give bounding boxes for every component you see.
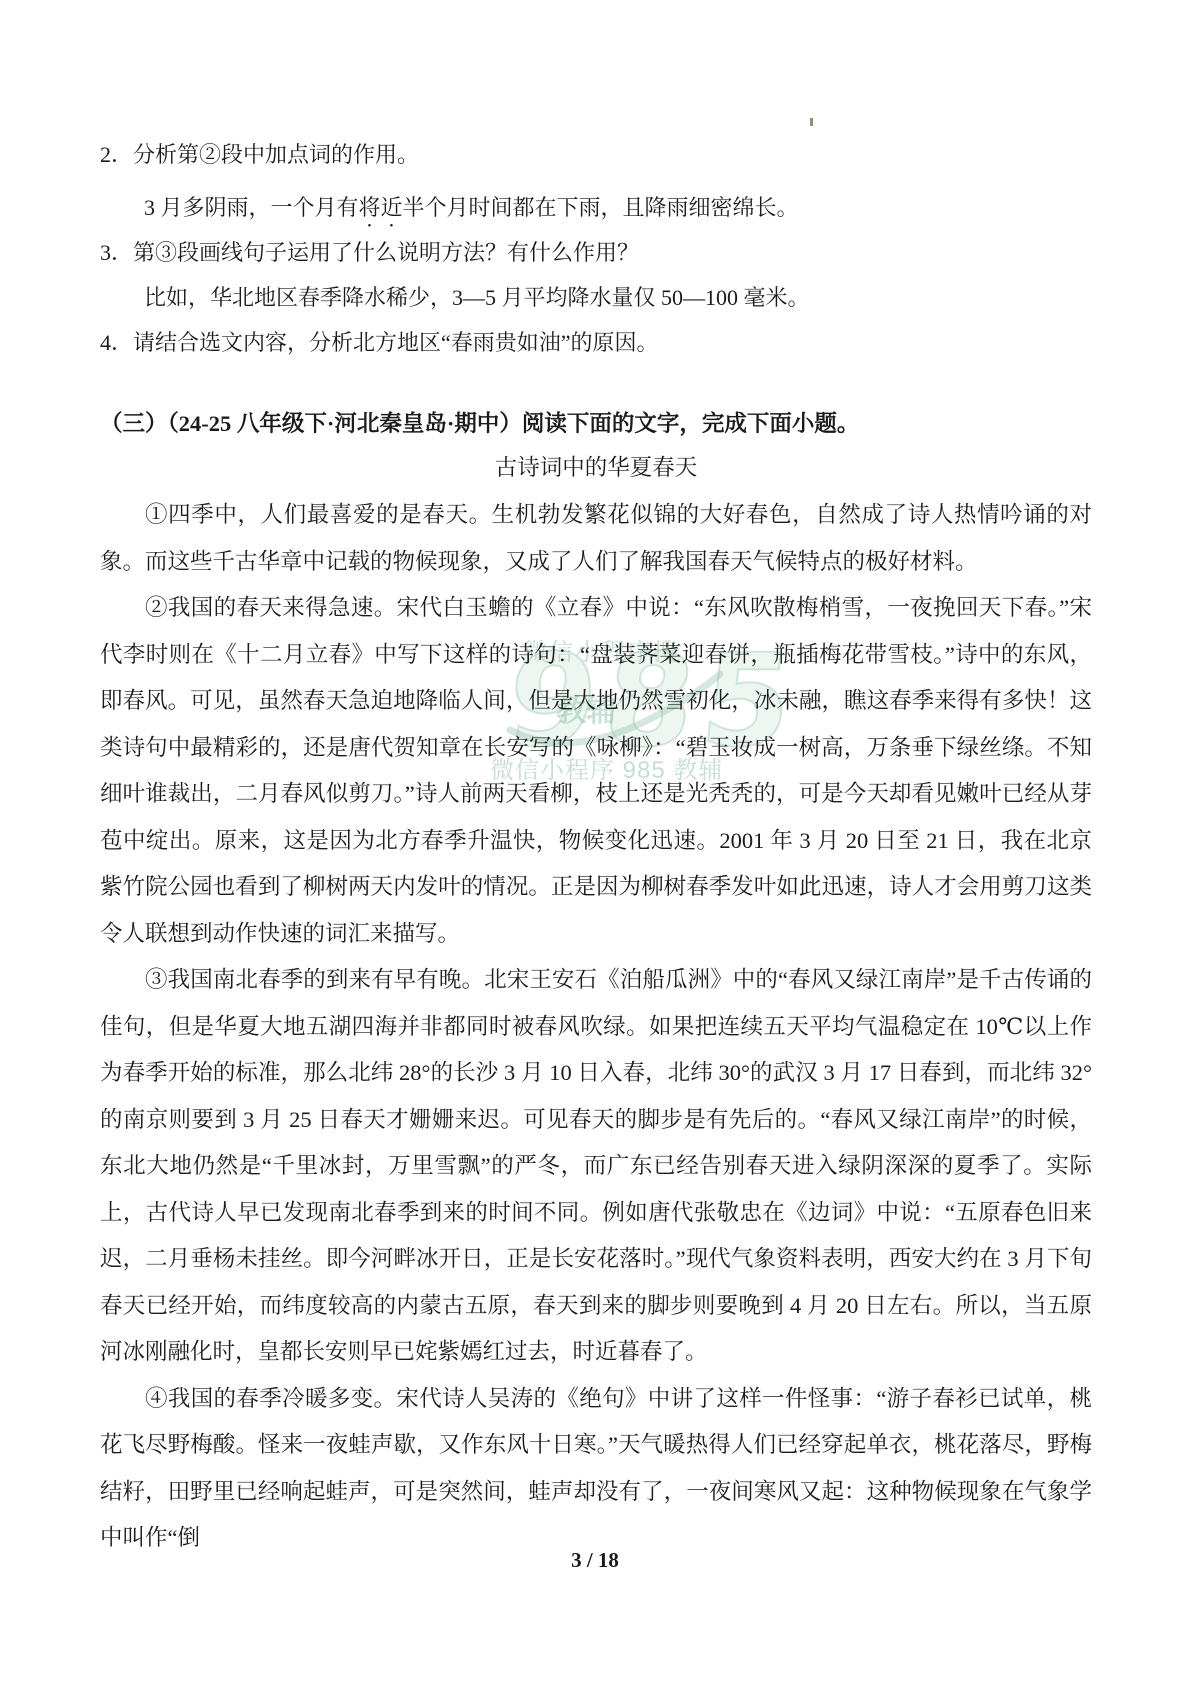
page-content: 2．分析第②段中加点词的作用。 3 月多阴雨，一个月有将近半个月时间都在下雨，且… [100,0,1092,1683]
question-2: 2．分析第②段中加点词的作用。 [100,140,419,170]
page-number: 3 / 18 [0,1548,1190,1573]
quote-emphasized-word: 将近 [359,195,403,220]
question-3-quote: 比如，华北地区春季降水稀少，3—5 月平均降水量仅 50—100 毫米。 [100,283,810,313]
passage-paragraph-4: ④我国的春季冷暖多变。宋代诗人吴涛的《绝句》中讲了这样一件怪事：“游子春衫已试单… [100,1376,1092,1562]
quote-after: 半个月时间都在下雨，且降雨细密绵长。 [403,195,799,220]
passage-paragraph-2: ②我国的春天来得急速。宋代白玉蟾的《立春》中说：“东风吹散梅梢雪，一夜挽回天下春… [100,585,1092,957]
question-2-quote: 3 月多阴雨，一个月有将近半个月时间都在下雨，且降雨细密绵长。 [100,193,799,232]
passage-paragraph-3: ③我国南北春季的到来有早有晚。北宋王安石《泊船瓜洲》中的“春风又绿江南岸”是千古… [100,957,1092,1376]
question-3-number: 3． [100,240,133,265]
question-4-number: 4． [100,330,133,355]
exam-paper-page: 微信小程序搜 985 教辅 微信小程序 985 教辅 2．分析第②段中加点词的作… [0,0,1190,1683]
question-2-text: 分析第②段中加点词的作用。 [133,142,419,167]
question-2-number: 2． [100,142,133,167]
passage-title: 古诗词中的华夏春天 [100,452,1092,484]
passage-paragraph-1: ①四季中，人们最喜爱的是春天。生机勃发繁花似锦的大好春色，自然成了诗人热情吟诵的… [100,492,1092,585]
question-3-text: 第③段画线句子运用了什么说明方法？有什么作用？ [133,240,639,265]
quote-before: 3 月多阴雨，一个月有 [144,195,359,220]
passage-body: ①四季中，人们最喜爱的是春天。生机勃发繁花似锦的大好春色，自然成了诗人热情吟诵的… [100,492,1092,1562]
section-header: （三）（24-25 八年级下·河北秦皇岛·期中）阅读下面的文字，完成下面小题。 [100,408,1092,440]
question-4: 4．请结合选文内容，分析北方地区“春雨贵如油”的原因。 [100,328,659,358]
question-3: 3．第③段画线句子运用了什么说明方法？有什么作用？ [100,238,639,268]
question-4-text: 请结合选文内容，分析北方地区“春雨贵如油”的原因。 [133,330,659,355]
